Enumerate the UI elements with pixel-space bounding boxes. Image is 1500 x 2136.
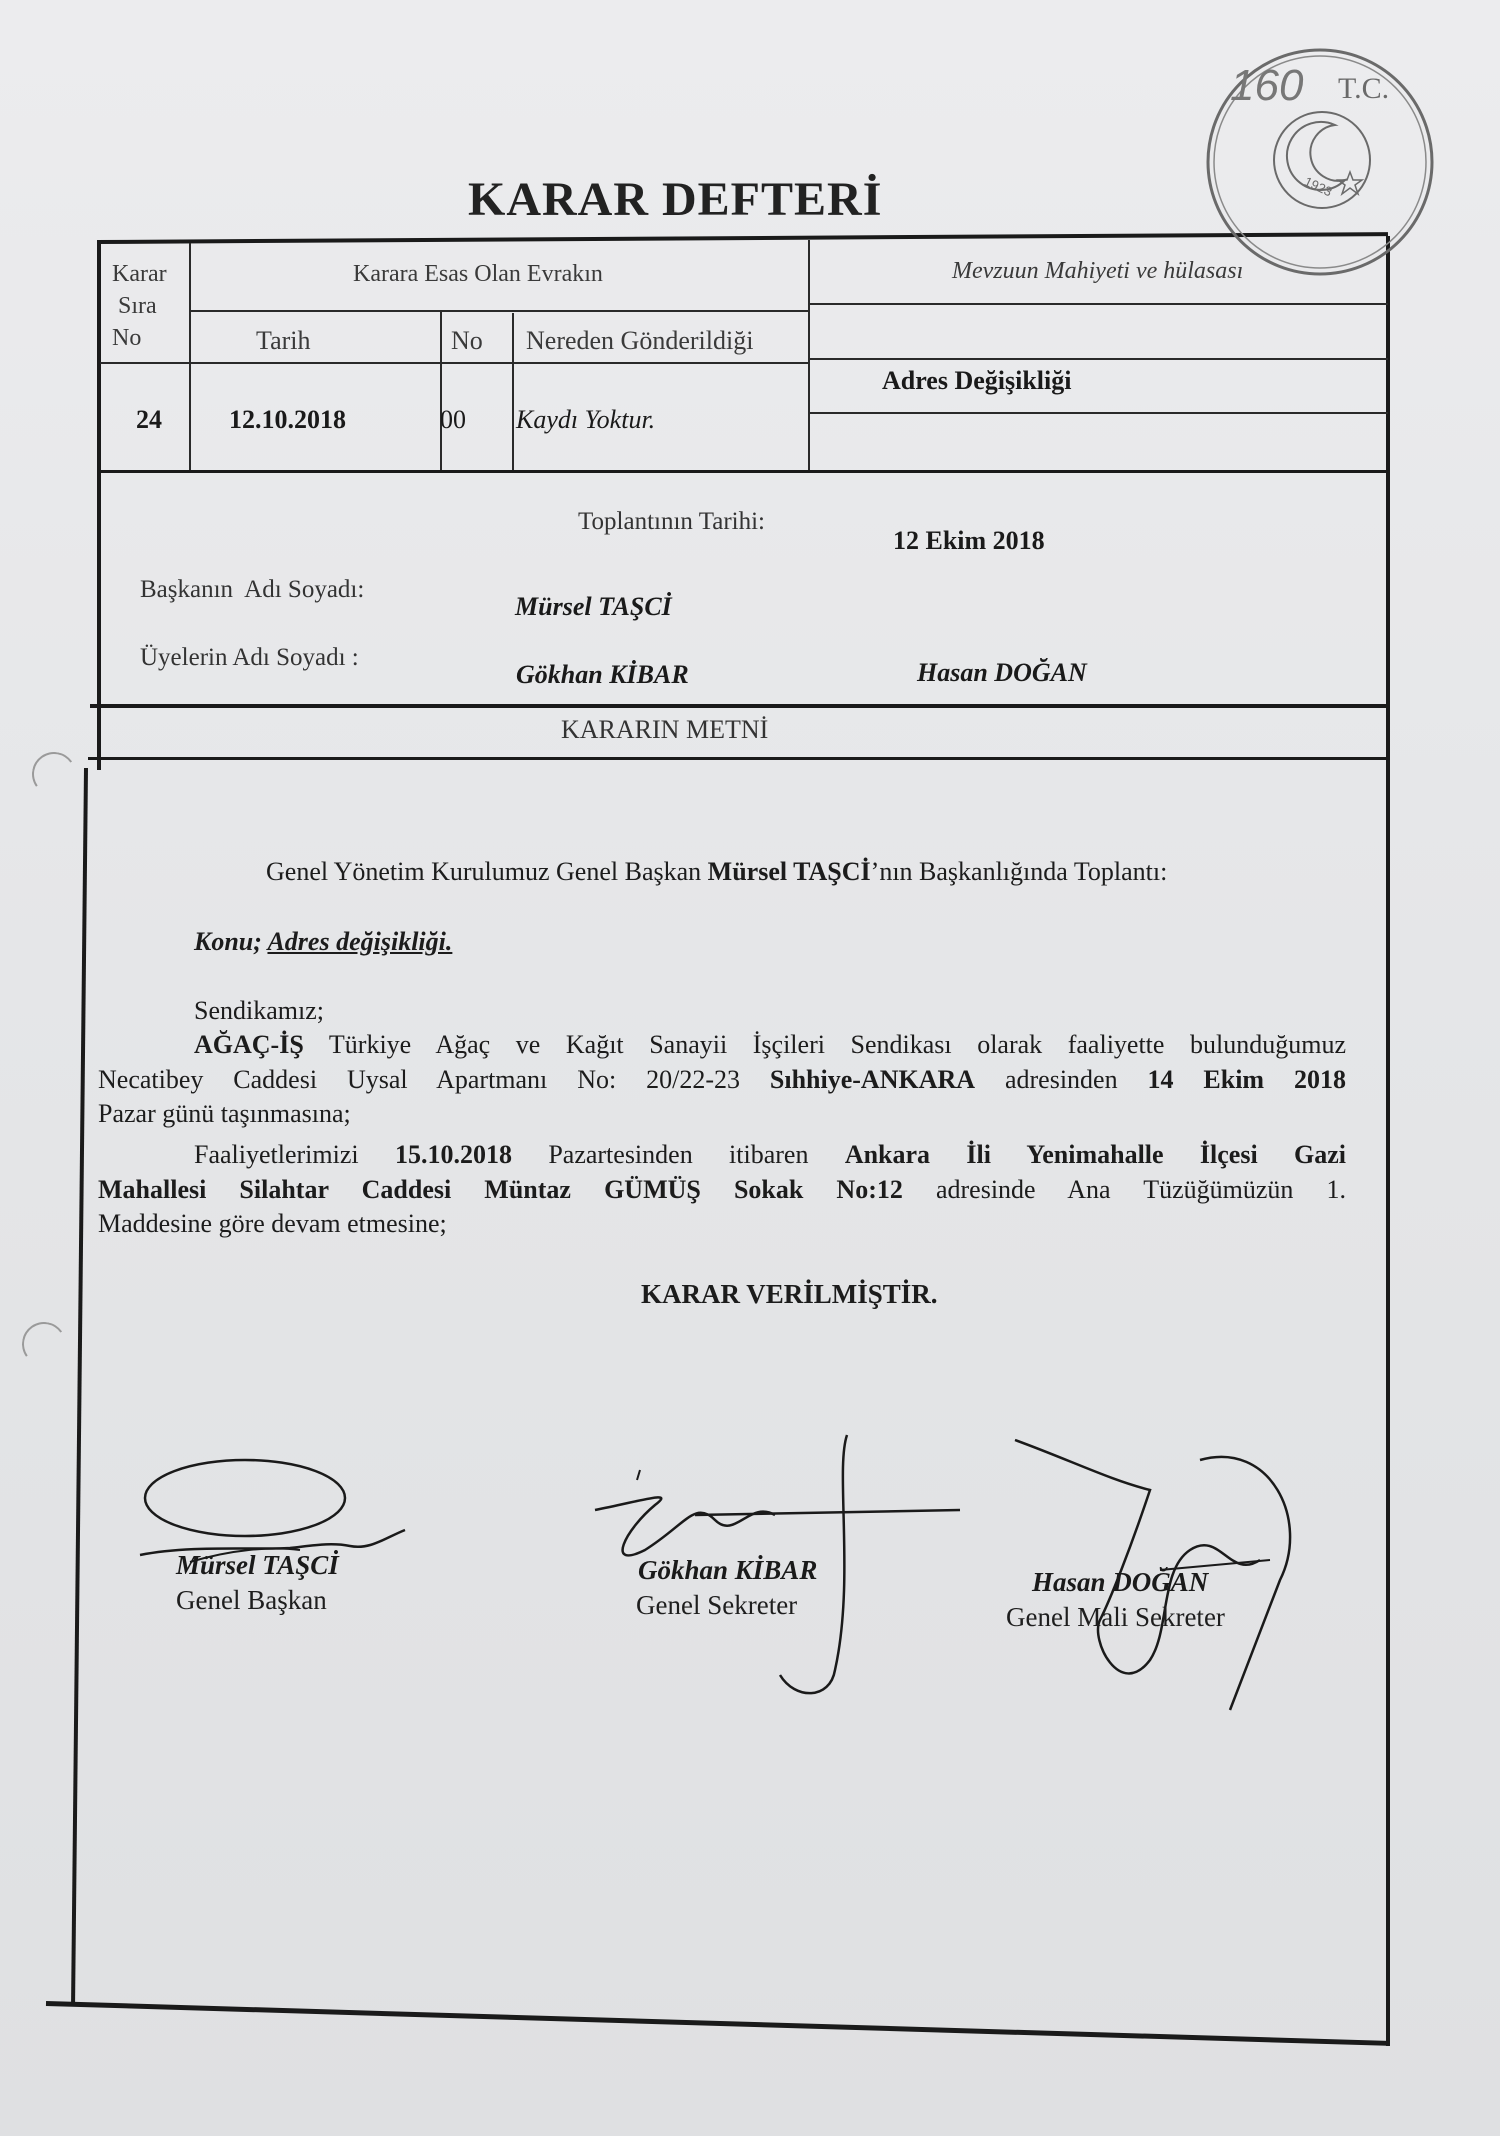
- notary-stamp-icon: 160 T.C. 1923: [1190, 40, 1450, 280]
- decision-intro: Genel Yönetim Kurulumuz Genel Başkan Mür…: [266, 856, 1167, 888]
- p2-new-address-2: Mahallesi Silahtar Caddesi Müntaz GÜMÜŞ …: [98, 1175, 903, 1204]
- meeting-date-value: 12 Ekim 2018: [893, 526, 1045, 556]
- intro-chair-name: Mürsel TAŞCİ: [708, 857, 871, 886]
- subject-value: Adres değişikliği.: [267, 927, 452, 956]
- decision-paragraph-2-line-3: Maddesine göre devam etmesine;: [98, 1208, 447, 1240]
- intro-text: Genel Yönetim Kurulumuz Genel Başkan: [266, 857, 708, 886]
- stamp-year: 1923: [1302, 174, 1335, 200]
- p2-text-2: Pazartesinden itibaren: [512, 1140, 845, 1169]
- cell-karar-no: 24: [136, 405, 162, 435]
- member-1: Gökhan KİBAR: [516, 660, 689, 690]
- header-no-col: No: [451, 326, 483, 356]
- signature-1-role: Genel Başkan: [176, 1585, 327, 1616]
- decision-paragraph-2-line-1: Faaliyetlerimizi 15.10.2018 Pazartesinde…: [194, 1139, 1346, 1171]
- p2-new-address-1: Ankara İli Yenimahalle İlçesi Gazi: [845, 1140, 1346, 1169]
- header-karar: Karar: [112, 258, 167, 290]
- meeting-date-label: Toplantının Tarihi:: [578, 508, 765, 536]
- p1-move-date: 14 Ekim 2018: [1148, 1065, 1347, 1094]
- signature-1-name: Mürsel TAŞCİ: [176, 1550, 339, 1581]
- decision-salutation: Sendikamız;: [194, 995, 324, 1027]
- cell-mevzu: Adres Değişikliği: [882, 366, 1071, 396]
- header-no: No: [112, 322, 167, 354]
- header-nereden: Nereden Gönderildiği: [526, 326, 753, 356]
- chair-value: Mürsel TAŞCİ: [515, 592, 672, 622]
- decision-paragraph-1-line-2: Necatibey Caddesi Uysal Apartmanı No: 20…: [98, 1064, 1346, 1096]
- cell-nereden: Kaydı Yoktur.: [516, 405, 655, 435]
- p2-text: Faaliyetlerimizi: [194, 1140, 395, 1169]
- p2-start-date: 15.10.2018: [395, 1140, 512, 1169]
- p1-old-district: Sıhhiye-ANKARA: [770, 1065, 975, 1094]
- member-2: Hasan DOĞAN: [917, 658, 1087, 688]
- decision-conclusion: KARAR VERİLMİŞTİR.: [641, 1278, 938, 1310]
- intro-text-end: ’nın Başkanlığında Toplantı:: [871, 857, 1168, 886]
- header-sira: Sıra: [112, 290, 167, 322]
- p2-text-3: adresinde Ana Tüzüğümüzün 1.: [903, 1175, 1346, 1204]
- signature-3-role: Genel Mali Sekreter: [1006, 1602, 1225, 1633]
- decision-section-title: KARARIN METNİ: [561, 715, 768, 745]
- decision-paragraph-1-line-3: Pazar günü taşınmasına;: [98, 1098, 351, 1130]
- p1-text: Türkiye Ağaç ve Kağıt Sanayii İşçileri S…: [304, 1030, 1346, 1059]
- union-name: AĞAÇ-İŞ: [194, 1030, 304, 1059]
- signature-2-name: Gökhan KİBAR: [638, 1555, 817, 1586]
- chair-label: Başkanın Adı Soyadı:: [140, 576, 364, 604]
- stamp-number: 160: [1230, 61, 1304, 110]
- header-karar-sira-no: Karar Sıra No: [112, 258, 167, 354]
- members-label: Üyelerin Adı Soyadı :: [140, 644, 359, 672]
- cell-tarih: 12.10.2018: [229, 405, 346, 435]
- signature-3-name: Hasan DOĞAN: [1032, 1567, 1208, 1598]
- p1-text-2: adresinden: [975, 1065, 1147, 1094]
- subject-label: Konu;: [194, 927, 267, 956]
- decision-paragraph-2-line-2: Mahallesi Silahtar Caddesi Müntaz GÜMÜŞ …: [98, 1174, 1346, 1206]
- cell-no: 00: [440, 405, 466, 435]
- signature-2-role: Genel Sekreter: [636, 1590, 797, 1621]
- header-tarih: Tarih: [256, 326, 311, 356]
- p1-old-address: Necatibey Caddesi Uysal Apartmanı No: 20…: [98, 1065, 770, 1094]
- stamp-top-text: T.C.: [1338, 72, 1389, 105]
- header-evrak-group: Karara Esas Olan Evrakın: [353, 261, 603, 288]
- decision-paragraph-1-line-1: AĞAÇ-İŞ Türkiye Ağaç ve Kağıt Sanayii İş…: [194, 1029, 1346, 1061]
- page-title: KARAR DEFTERİ: [468, 172, 938, 227]
- decision-subject: Konu; Adres değişikliği.: [194, 926, 452, 958]
